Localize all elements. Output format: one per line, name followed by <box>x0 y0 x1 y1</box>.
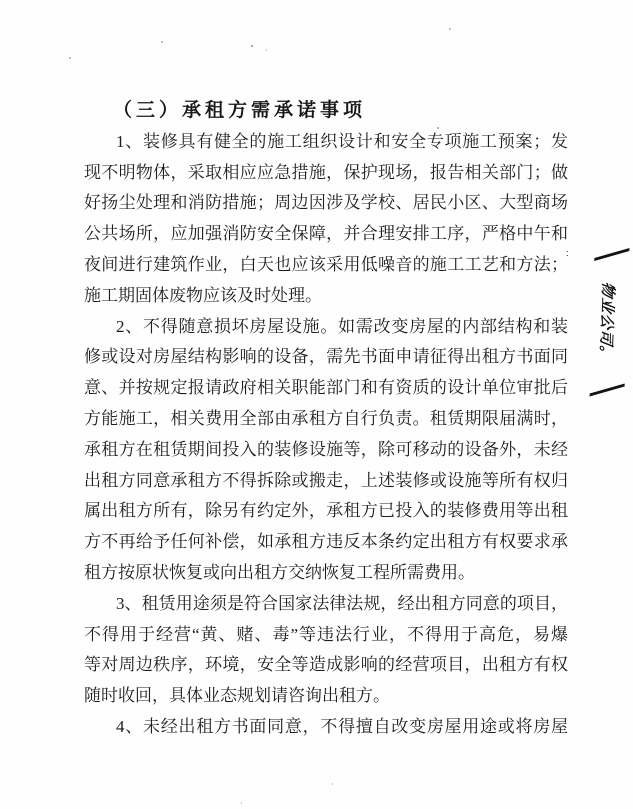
contract-line-clause2-start: 2、不得随意损坏房屋设施。如需改变房屋的内部结构和装 <box>84 312 568 343</box>
contract-line-clause1-start: 1、装修具有健全的施工组织设计和安全专项施工预案；发 <box>84 127 568 158</box>
note-stroke-bottom-icon: ╲ <box>591 380 620 398</box>
contract-line: 承租方在租赁期间投入的装修设施等，除可移动的设备外，未经 <box>84 435 568 466</box>
contract-line: 方不再给予任何补偿，如承租方违反本条约定出租方有权要求承 <box>84 527 568 558</box>
contract-line-clause2-end: 租方按原状恢复或向出租方交纳恢复工程所需费用。 <box>84 558 568 589</box>
contract-line: 夜间进行建筑作业，白天也应该采用低噪音的施工工艺和方法； <box>84 250 568 281</box>
scan-speck <box>332 783 333 785</box>
margin-note-text: 物业公司。 <box>596 281 620 364</box>
contract-line: 不得用于经营“黄、赌、毒”等违法行业，不得用于高危，易爆 <box>84 620 568 651</box>
contract-line: 意、并按规定报请政府相关职能部门和有资质的设计单位审批后 <box>84 373 568 404</box>
scan-speck <box>69 57 71 59</box>
margin-handwritten-note: ╲ 物业公司。 ╲ <box>592 245 623 399</box>
section-heading: （三）承租方需承诺事项 <box>84 96 568 127</box>
contract-line: 出租方同意承租方不得拆除或搬走，上述装修或设施等所有权归 <box>84 466 568 497</box>
scan-speck <box>449 28 451 30</box>
contract-line: 方能施工，相关费用全部由承租方自行负责。租赁期限届满时， <box>84 404 568 435</box>
scan-speck <box>266 49 267 51</box>
scan-speck <box>161 41 163 43</box>
contract-line-clause3-start: 3、租赁用途须是符合国家法律法规，经出租方同意的项目， <box>84 589 568 620</box>
contract-line: 公共场所，应加强消防安全保障，并合理安排工序，严格中午和 <box>84 219 568 250</box>
note-stroke-top-icon: ╲ <box>596 245 625 263</box>
scanned-contract-page: （三）承租方需承诺事项 1、装修具有健全的施工组织设计和安全专项施工预案；发 现… <box>0 0 633 809</box>
scan-speck <box>251 45 253 47</box>
contract-line: 修或设对房屋结构影响的设备，需先书面申请征得出租方书面同 <box>84 342 568 373</box>
contract-line: 属出租方所有，除另有约定外，承租方已投入的装修费用等出租 <box>84 496 568 527</box>
scan-speck <box>437 127 439 129</box>
contract-line-clause4-start: 4、未经出租方书面同意，不得擅自改变房屋用途或将房屋 <box>84 712 568 743</box>
contract-line: 现不明物体，采取相应应急措施，保护现场，报告相关部门；做 <box>84 158 568 189</box>
contract-line: 等对周边秩序，环境，安全等造成影响的经营项目，出租方有权 <box>84 650 568 681</box>
contract-line-clause3-end: 随时收回，具体业态规划请咨询出租方。 <box>84 681 568 712</box>
contract-line-clause1-end: 施工期固体废物应该及时处理。 <box>84 281 568 312</box>
margin-note-dots: ∶ <box>566 249 569 260</box>
contract-text-block: （三）承租方需承诺事项 1、装修具有健全的施工组织设计和安全专项施工预案；发 现… <box>84 96 568 743</box>
scan-speck <box>241 802 242 804</box>
contract-line: 好扬尘处理和消防措施；周边因涉及学校、居民小区、大型商场 <box>84 188 568 219</box>
